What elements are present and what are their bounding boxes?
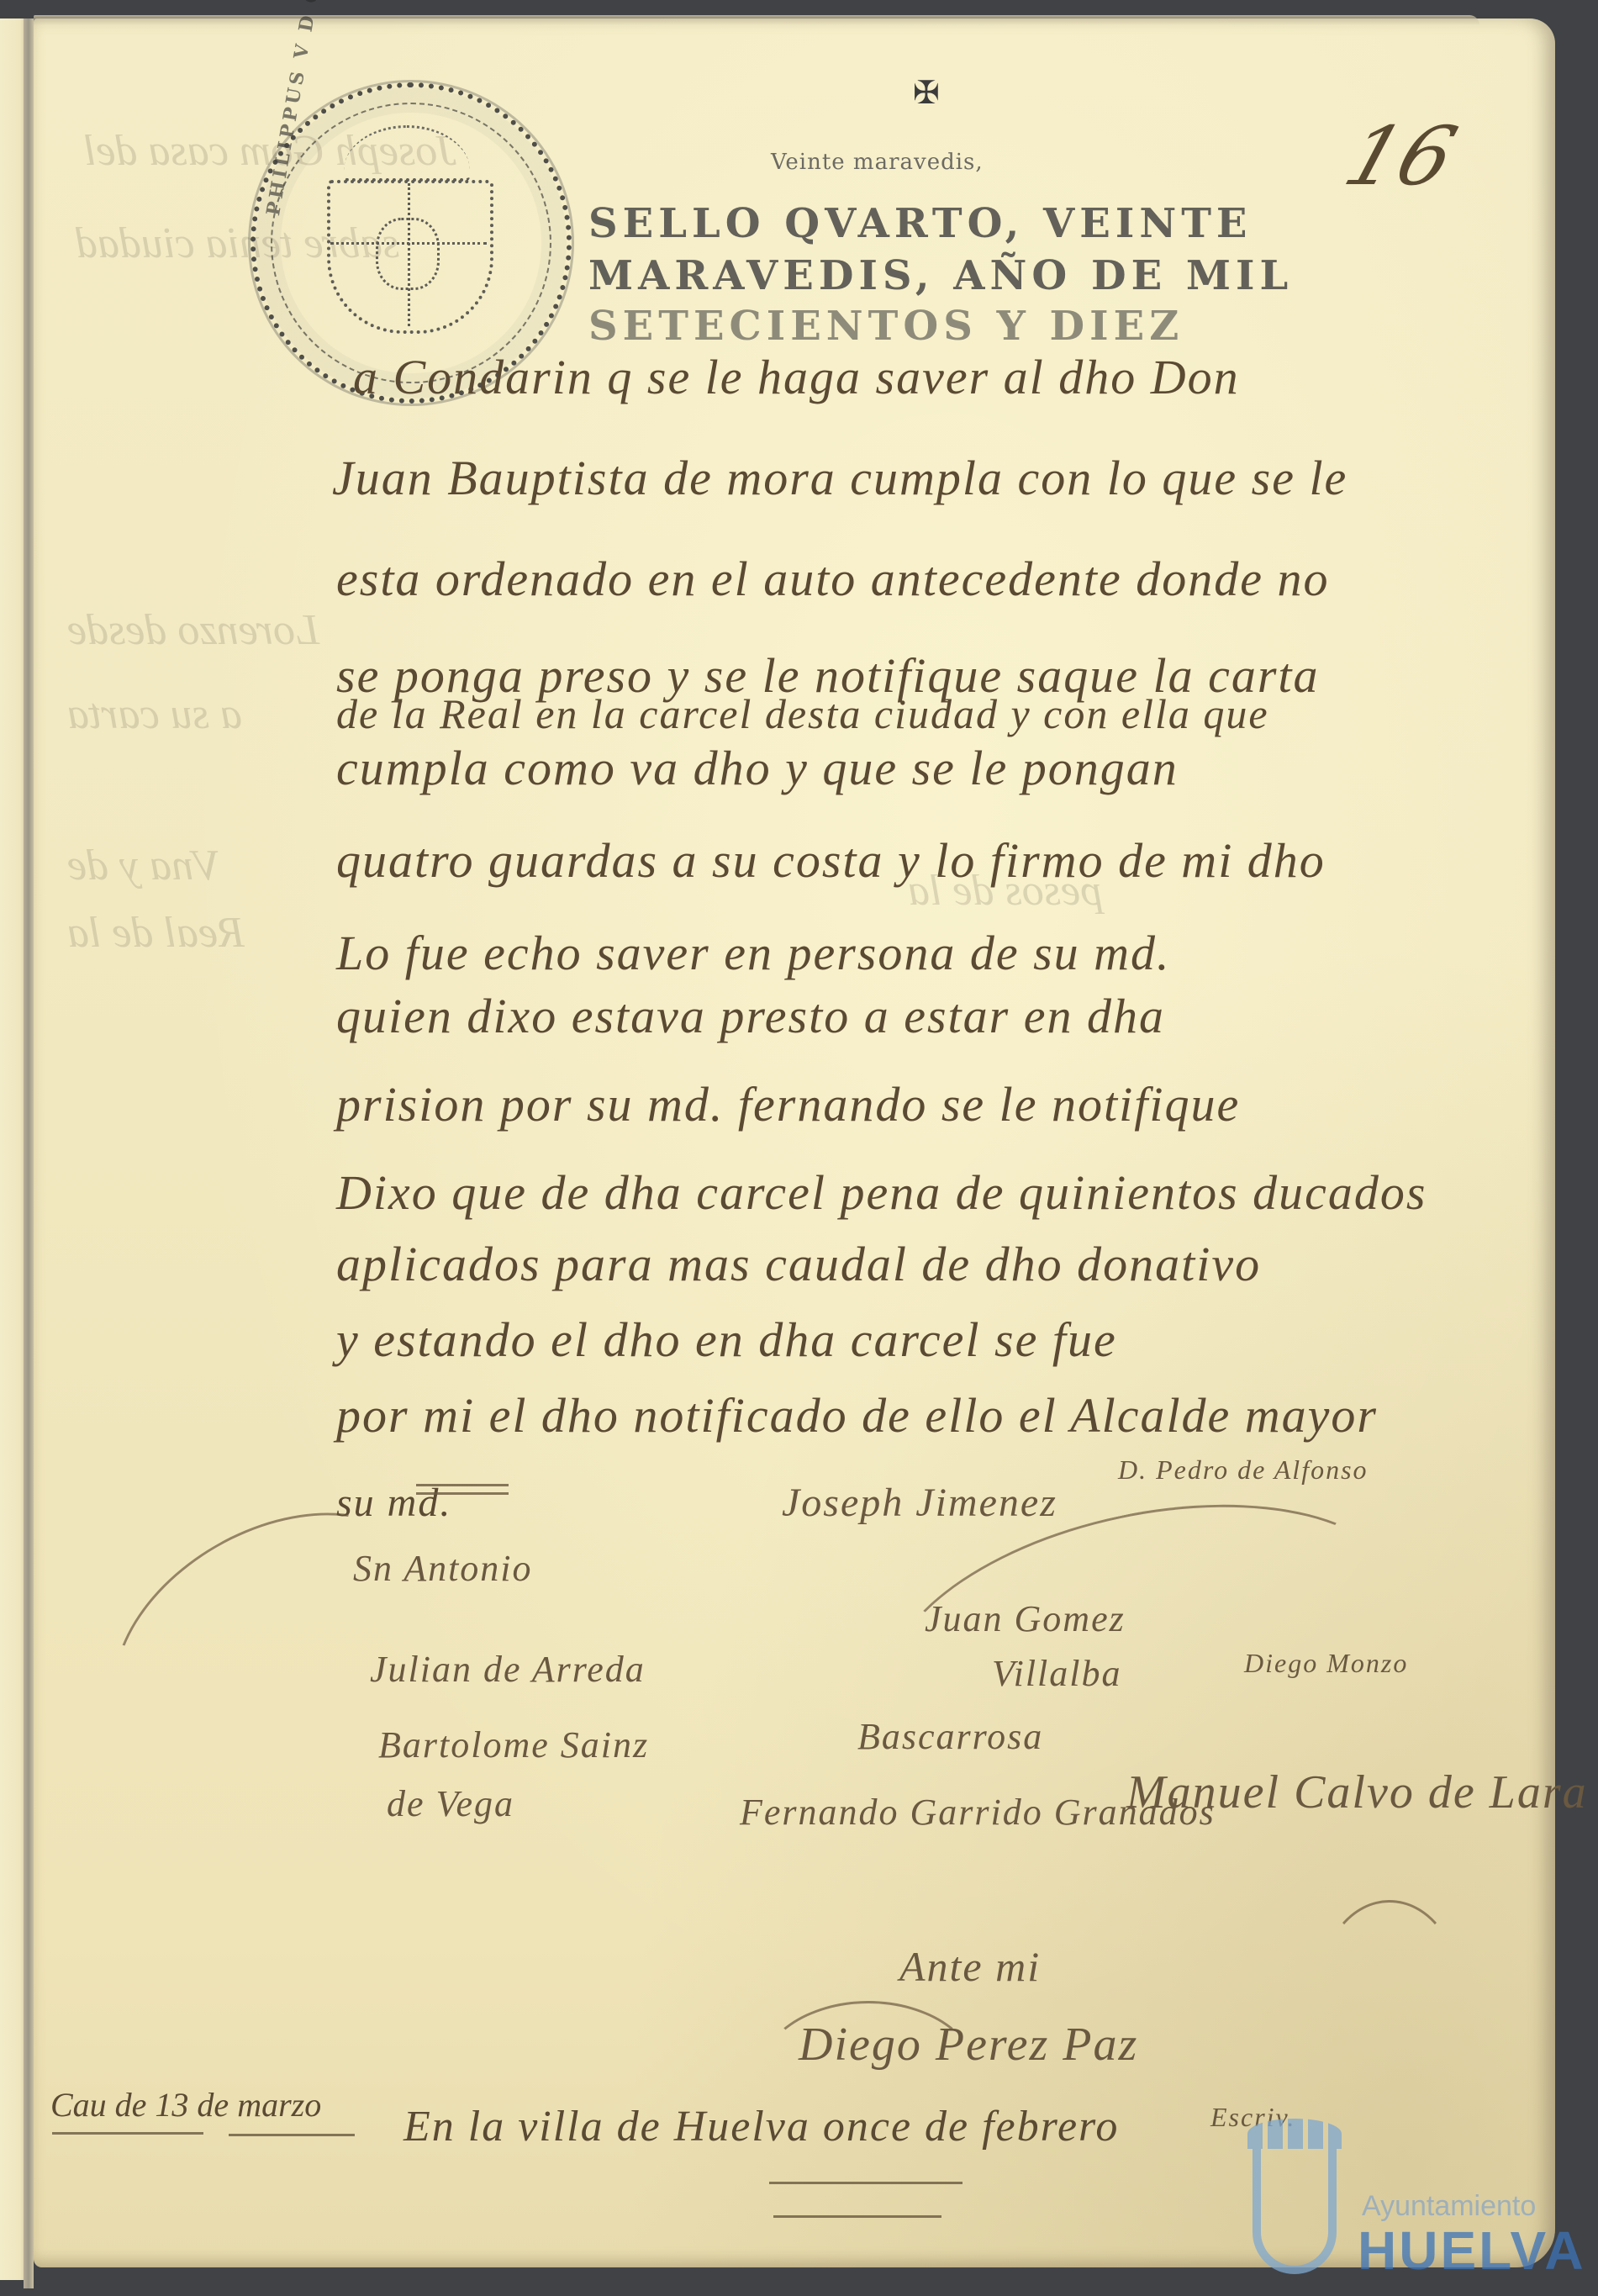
signature: Joseph Jimenez [782, 1480, 1057, 1526]
body-line: por mi el dho notificado de ello el Alca… [336, 1387, 1378, 1444]
body-line: Lo fue echo saver en persona de su md. [336, 925, 1171, 981]
archive-watermark: Ayuntamiento HUELVA [1236, 2127, 1572, 2296]
rule-mark [769, 2182, 962, 2184]
bleed-through-text: Vna y de [67, 841, 220, 890]
rule-mark [773, 2215, 941, 2218]
page-top-edge [34, 15, 1479, 25]
bleed-through-text: Lorenzo desde [67, 605, 319, 655]
body-line: y estando el dho en dha carcel se fue [336, 1312, 1117, 1368]
signature: de Vega [387, 1782, 514, 1825]
body-line: a Condarin q se le haga saver al dho Don [353, 349, 1240, 405]
body-line: quien dixo estava presto a estar en dha [336, 988, 1165, 1044]
bleed-through-text: Real de la [67, 908, 245, 958]
binding-gutter [24, 18, 34, 2288]
document-scan: Joseph Gom casa del sabre tenia ciudad L… [0, 0, 1598, 2296]
signature: Manuel Calvo de Lara [1126, 1766, 1588, 1819]
margin-note-underline [229, 2134, 355, 2136]
body-line: quatro guardas a su costa y lo firmo de … [336, 832, 1326, 889]
pen-flourish [1320, 1900, 1459, 2073]
watermark-label: Ayuntamiento [1362, 2190, 1536, 2223]
cross-icon: ✠ [913, 74, 940, 111]
margin-note-underline [52, 2132, 203, 2135]
body-line: aplicados para mas caudal de dho donativ… [336, 1236, 1261, 1292]
signature: Ante mi [899, 1942, 1041, 1991]
margin-note: Cau de 13 de marzo [50, 2085, 321, 2124]
body-line: de la Real en la carcel desta ciudad y c… [336, 689, 1269, 738]
signature: Bartolome Sainz [378, 1723, 649, 1766]
watermark-city: HUELVA [1358, 2219, 1586, 2282]
rule-mark [416, 1484, 509, 1486]
bottom-line: En la villa de Huelva once de febrero [403, 2102, 1119, 2151]
body-line: Dixo que de dha carcel pena de quiniento… [336, 1164, 1427, 1221]
facing-page-edge [0, 18, 25, 2280]
body-line: Juan Bauptista de mora cumpla con lo que… [332, 450, 1347, 506]
body-line: cumpla como va dho y que se le pongan [336, 740, 1179, 796]
stamp-printed-line-2: MARAVEDIS, AÑO DE MIL [588, 252, 1293, 299]
rule-mark [416, 1492, 509, 1495]
stamp-printed-line-3: SETECIENTOS Y DIEZ [588, 303, 1184, 350]
body-line: prision por su md. fernando se le notifi… [336, 1076, 1240, 1132]
bleed-through-text: a su carta [67, 689, 242, 739]
stamp-printed-line-1: SELLO QVARTO, VEINTE [588, 200, 1253, 247]
city-crest-icon [1253, 2127, 1337, 2274]
body-line: esta ordenado en el auto antecedente don… [336, 551, 1330, 607]
stamp-denomination: Veinte maravedis, [771, 150, 984, 175]
signature: D. Pedro de Alfonso [1118, 1454, 1369, 1486]
seal-inner-escutcheon-icon [376, 218, 440, 290]
